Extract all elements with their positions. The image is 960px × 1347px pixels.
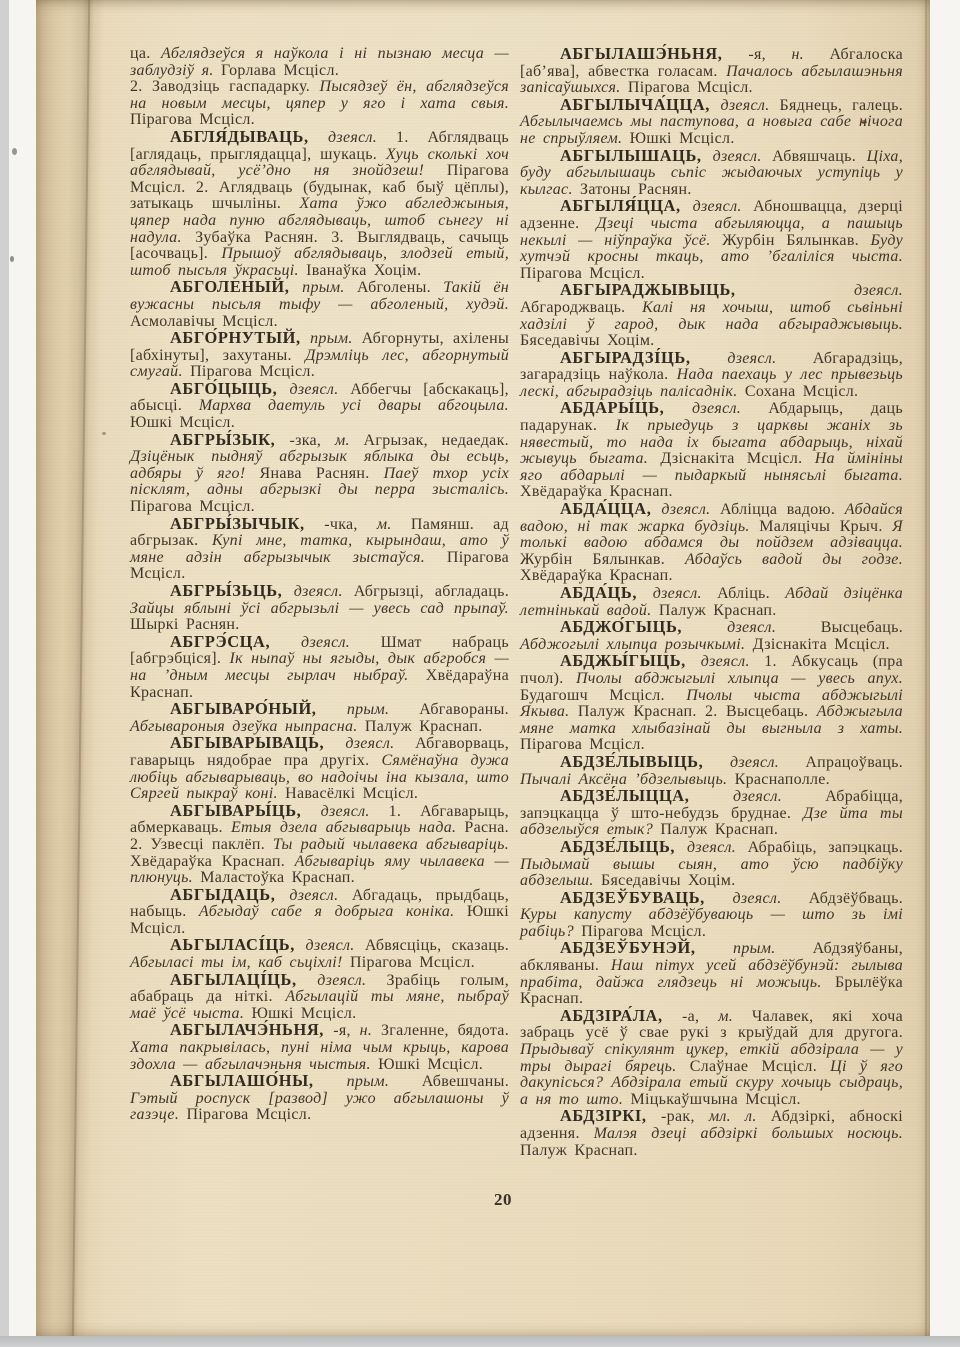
plain-text: Абгавораны. (419, 701, 509, 718)
italic-text: н. (791, 46, 829, 63)
scan-speckle (102, 432, 106, 435)
headword: АБГРЫ́ЗЫЧЫК, (170, 514, 324, 533)
italic-text: Абгыласі ты ім, каб сьціхлі! (130, 954, 350, 971)
headword: АБГЫЛАЧЭ́НЬНЯ, (170, 1020, 333, 1039)
italic-text: дзеясл. (289, 381, 350, 398)
plain-text: Журбін Бялынкав. (520, 551, 685, 568)
plain-text: Бяседавічы Хоцім. (601, 872, 736, 889)
plain-text: Пірагова Мсцісл. (190, 363, 315, 380)
dictionary-entry: АБГО́РНУТЫЙ, прым. Абгорнуты, ахілены [а… (130, 330, 509, 381)
italic-text: дзеясл. (289, 887, 352, 904)
dictionary-entry: АБГОЛЕНЫЙ, прым. Абголены. Такій ён вужа… (130, 279, 509, 330)
plain-text: Бяседавічы Хоцім. (520, 332, 655, 349)
plain-text: Слаўнае Мсцісл. (690, 1058, 830, 1075)
plain-text: Палуж Краснап. (660, 821, 778, 838)
italic-text: прым. (310, 330, 362, 347)
italic-text: дзеясл. (720, 97, 779, 114)
headword: АБДЗЕ́ЛЫВЫЦЬ, (560, 752, 730, 771)
dictionary-page: ца. Абглядзеўся я наўкола і ні пызнаю ме… (36, 0, 930, 1336)
italic-text: Пычалі Аксёна ’бдзелывыць. (520, 771, 735, 788)
italic-text: Абгыдаў сабе я добрыга коніка. (199, 903, 467, 920)
italic-text: дзеясл. (713, 148, 773, 165)
dictionary-entry: АБГРЭ́СЦА, дзеясл. Шмат набраць [абгрэбц… (130, 634, 509, 701)
dictionary-entry: АБГЫЛАЧЭ́НЬНЯ, -я, н. Згаленне, бядота. … (130, 1022, 509, 1073)
headword: АБДЗЕЎБУНЭЙ, (560, 938, 733, 957)
plain-text: Абвясціць, сказаць. (365, 937, 509, 954)
italic-text: дзеясл. (732, 890, 808, 907)
dictionary-entry: АБДЗЕЎБУВАЦЬ, дзеясл. Абдзёўбваць. Куры … (520, 890, 903, 941)
page-right-edge (925, 0, 927, 1336)
dictionary-entry: АЬГЫЛАСІ́ЦЬ, дзеясл. Абвясціць, сказаць.… (130, 937, 509, 971)
plain-text: -рак, (661, 1108, 709, 1125)
plain-text: Пірагова Мсцісл. (130, 111, 255, 128)
dictionary-entry: АБГЫЛАШЭ́НЬНЯ, -я, н. Абгалоска [аб’ява]… (520, 46, 903, 97)
headword: АБДЗІРА́ЛА, (560, 1006, 682, 1025)
italic-text: Абдаўсь вадой ды годзе. (685, 551, 903, 568)
plain-text: Апрацоўваць. (805, 754, 903, 771)
dictionary-entry: АБГЫДАЦЬ, дзеясл. Абгадаць, прыдбаць, на… (130, 887, 509, 938)
headword: АБГЫЛАШО́НЫ, (170, 1071, 347, 1090)
headword: АБГЫЛЫШАЦЬ, (560, 146, 713, 165)
italic-text: дзеясл. (294, 583, 354, 600)
italic-text: Ты радый чылавека абгываріць. (273, 836, 509, 853)
italic-text: Куры капусту абдзёўбуваюць — што зь імі … (520, 906, 903, 940)
italic-text: Зайцы яблыні ўсі абгрызьлі — увесь сад п… (130, 600, 509, 617)
dictionary-entry: АБГЫЛЫЧА́ЦЦА, дзеясл. Бяднець, галець. А… (520, 97, 903, 148)
dictionary-entry: АБГО́ЦЫЦЬ, дзеясл. Аббегчы [абскакаць], … (130, 381, 509, 432)
italic-text: дзеясл. (727, 619, 821, 636)
headword: АБГЫЛЯ́ЦЦА, (560, 196, 693, 215)
dictionary-entry: АБГЫЛАШО́НЫ, прым. Абвешчаны. Гэтый росп… (130, 1073, 509, 1124)
headword: АЬГЫЛАСІ́ЦЬ, (170, 935, 306, 954)
italic-text: н. (360, 1022, 381, 1039)
italic-text: дзеясл. (301, 634, 381, 651)
headword: АБГЫВАРЫВАЦЬ, (170, 733, 345, 752)
plain-text: 2. Заводзіць гаспадарку. (130, 78, 320, 95)
italic-text: дзеясл. (306, 937, 365, 954)
dictionary-entry: 2. Заводзіць гаспадарку. Пысядзеў ён, аб… (130, 79, 509, 129)
plain-text: Агрызак, недаедак. (363, 432, 508, 449)
italic-text: дзеясл. (854, 282, 903, 299)
plain-text: Палуж Краснап. (365, 718, 483, 735)
italic-text: Абгывароныя дзеўка ныпрасна. (130, 718, 365, 735)
italic-text: Малэя дзеці абдзіркі большых носюць. (594, 1125, 903, 1142)
headword: АБДЗЕЎБУВАЦЬ, (560, 888, 732, 907)
headword: АБГРЫ́ЗЬЦЬ, (170, 581, 294, 600)
dictionary-entry: АБДЖЫ́ГЫЦЬ, дзеясл. 1. Абкусаць (пра пчо… (520, 653, 903, 754)
plain-text: Юшкі Мсцісл. (378, 1056, 483, 1073)
dictionary-column-right: АБГЫЛАШЭ́НЬНЯ, -я, н. Абгалоска [аб’ява]… (520, 46, 903, 1159)
dictionary-entry: АБГЫВАРЫ́ЦЬ, дзеясл. 1. Абгаварыць, абме… (130, 803, 509, 887)
dictionary-entry: АБДЗІРА́ЛА, -а, м. Чалавек, які хоча заб… (520, 1008, 903, 1109)
italic-text: дзеясл. (727, 350, 812, 367)
headword: АБДЗІРКІ, (560, 1106, 661, 1125)
italic-text: м. (377, 516, 411, 533)
plain-text: -зка, (289, 432, 335, 449)
headword: АБДЗЕ́ЛЫЦЦА, (560, 786, 733, 805)
plain-text: Хвёдараўка Краснап. (130, 853, 295, 870)
plain-text: Пірагова Мсцісл. (581, 923, 706, 940)
dictionary-entry: АБГРЫ́ЗЬЦЬ, дзеясл. Абгрызці, абгладаць.… (130, 583, 509, 634)
plain-text: Абголены. (357, 279, 443, 296)
plain-text: Абліць. (717, 585, 785, 602)
headword: АБГРЭ́СЦА, (170, 632, 301, 651)
plain-text: Пірагова Мсцісл. (350, 954, 475, 971)
dictionary-entry: АБДЗЕ́ЛЫВЫЦЬ, дзеясл. Апрацоўваць. Пычал… (520, 754, 903, 788)
plain-text: Горлава Мсцісл. (221, 62, 339, 79)
plain-text: Пірагова Мсцісл. (130, 498, 255, 515)
headword: АБГЫЛАШЭ́НЬНЯ, (560, 44, 748, 63)
plain-text: Пірагова Мсцісл. (520, 736, 645, 753)
dictionary-entry: АБДЖО́ГЫЦЬ, дзеясл. Высцебаць. Абджогылі… (520, 619, 903, 653)
headword: АБДЖО́ГЫЦЬ, (560, 617, 727, 636)
plain-text: Хвёдараўка Краснап. (520, 567, 673, 584)
plain-text: Палуж Краснап. (520, 1142, 638, 1159)
italic-text: дзеясл. (730, 754, 805, 771)
dictionary-entry: АБГЫЛЯ́ЦЦА, дзеясл. Абношвацца, дзерці а… (520, 198, 903, 282)
italic-text: дзеясл. (687, 839, 748, 856)
italic-text: дзеясл. (661, 501, 720, 518)
dictionary-entry: АБГЫРАДЗІ́ЦЬ, дзеясл. Абгарадзіць, загар… (520, 350, 903, 401)
plain-text: Абліцца вадою. (720, 501, 845, 518)
plain-text: Пірагова Мсцісл. (628, 79, 753, 96)
italic-text: мл. л. (709, 1108, 771, 1125)
plain-text: Пірагова Мсцісл. (186, 1106, 311, 1123)
plain-text: ца. (130, 45, 161, 62)
headword: АБГЫВАРО́НЫЙ, (170, 699, 347, 718)
dictionary-column-left: ца. Абглядзеўся я наўкола і ні пызнаю ме… (130, 46, 509, 1124)
italic-text: прым. (302, 279, 357, 296)
plain-text: Будагошч Мсцісл. (520, 687, 686, 704)
headword: АБГЫВАРЫ́ЦЬ, (170, 801, 321, 820)
plain-text: -я, (748, 46, 791, 63)
dictionary-entry: АБДАРЫ́ЦЬ, дзеясл. Абдарыць, даць падару… (520, 400, 903, 501)
plain-text: Янава Раснян. (260, 465, 384, 482)
page-number: 20 (473, 1190, 533, 1210)
italic-text: дзеясл. (317, 972, 386, 989)
scanned-book-page: ца. Абглядзеўся я наўкола і ні пызнаю ме… (0, 0, 960, 1347)
plain-text: Журбін Бялынкав. (722, 232, 870, 249)
headword: АБГЫЛЫЧА́ЦЦА, (560, 95, 720, 114)
dictionary-entry: АБГЛЯ́ДЫВАЦЬ, дзеясл. 1. Абглядваць [агл… (130, 129, 509, 279)
headword: АБГЫДАЦЬ, (170, 885, 289, 904)
plain-text: -а, (682, 1008, 718, 1025)
plain-text: Юшкі Мсцісл. (630, 130, 735, 147)
plain-text: Навасёлкі Мсцісл. (285, 785, 418, 802)
plain-text: Іванаўка Хоцім. (306, 262, 421, 279)
plain-text: Сохана Мсцісл. (745, 383, 858, 400)
italic-text: Пчолы абджыгылі хлыпца — увесь апух. (576, 670, 903, 687)
headword: АБДАРЫ́ЦЬ, (560, 398, 692, 417)
dictionary-entry: АБДЗІРКІ, -рак, мл. л. Абдзіркі, абноскі… (520, 1108, 903, 1159)
headword: АБГО́РНУТЫЙ, (170, 328, 310, 347)
italic-text: дзеясл. (653, 585, 717, 602)
headword: АБГЫЛАЦІ́ЦЬ, (170, 970, 317, 989)
italic-text: прым. (347, 1073, 422, 1090)
plain-text: Міцькаўшчына Мсцісл. (630, 1091, 800, 1108)
headword: АБГЛЯ́ДЫВАЦЬ, (170, 127, 328, 146)
headword: АБГО́ЦЫЦЬ, (170, 379, 289, 398)
italic-text: дзеясл. (701, 653, 765, 670)
dictionary-entry: ца. Абглядзеўся я наўкола і ні пызнаю ме… (130, 46, 509, 79)
headword: АБДА́ЦЦА, (560, 499, 661, 518)
scan-background-left-strip (0, 0, 9, 1347)
plain-text: -чка, (324, 516, 377, 533)
headword: АБДЖЫ́ГЫЦЬ, (560, 651, 701, 670)
dictionary-entry: АБГЫВАРЫВАЦЬ, дзеясл. Абгаворваць, гавар… (130, 735, 509, 802)
italic-text: дзеясл. (693, 198, 754, 215)
italic-text: дзеясл. (692, 400, 768, 417)
headword: АБГРЫ́ЗЫК, (170, 430, 289, 449)
italic-text: прым. (347, 701, 419, 718)
scan-speckle (12, 148, 17, 155)
italic-text: прым. (733, 940, 813, 957)
plain-text: Абвешчаны. (422, 1073, 509, 1090)
dictionary-entry: АБДА́ЦЬ, дзеясл. Абліць. Абдай дзіцёнка … (520, 585, 903, 619)
dictionary-entry: АБГЫВАРО́НЫЙ, прым. Абгавораны. Абгываро… (130, 701, 509, 735)
plain-text: Абгрызці, абгладаць. (354, 583, 509, 600)
headword: АБГОЛЕНЫЙ, (170, 277, 302, 296)
headword: АБДА́ЦЬ, (560, 583, 653, 602)
italic-text: дзеясл. (345, 735, 415, 752)
italic-text: Мархва даетуль усі двары абгоцыла. (199, 397, 509, 414)
dictionary-entry: АБГРЫ́ЗЫК, -зка, м. Агрызак, недаедак. Д… (130, 432, 509, 516)
dictionary-entry: АБГЫЛАЦІ́ЦЬ, дзеясл. Зрабіць голым, абаб… (130, 972, 509, 1023)
plain-text: Палуж Краснап. 2. Высцебаць. (578, 703, 817, 720)
plain-text: Дзіснакіта Мсцісл. (753, 636, 890, 653)
headword: АБГЫРАДЗІ́ЦЬ, (560, 348, 727, 367)
italic-text: дзеясл. (321, 803, 389, 820)
italic-text: дзеясл. (733, 788, 825, 805)
plain-text: Хвёдараўка Краснап. (520, 483, 673, 500)
dictionary-entry: АБГРЫ́ЗЫЧЫК, -чка, м. Памянш. ад абгрыза… (130, 516, 509, 583)
plain-text: Згаленне, бядота. (381, 1022, 509, 1039)
italic-text: м. (335, 432, 364, 449)
plain-text: Пірагова Мсцісл. (520, 265, 645, 282)
dictionary-entry: АБГЫРАДЖЫВЫЦЬ, дзеясл. Абгароджваць. Кал… (520, 282, 903, 349)
headword: АБГЫРАДЖЫВЫЦЬ, (560, 280, 854, 299)
plain-text: Дзіснакіта Мсцісл. (660, 450, 814, 467)
headword: АБДЗЕ́ЛЫЦЬ, (560, 837, 687, 856)
plain-text: Краснаполле. (735, 771, 830, 788)
italic-text: м. (718, 1008, 752, 1025)
italic-text: Етыя дзела абгыварыць нада. (231, 819, 464, 836)
dictionary-entry: АБГЫЛЫШАЦЬ, дзеясл. Абвяшчаць. Ціха, буд… (520, 148, 903, 199)
scan-background-bottom-strip (0, 1336, 960, 1347)
dictionary-entry: АБДЗЕ́ЛЫЦЬ, дзеясл. Абрабіць, запэцкаць.… (520, 839, 903, 890)
plain-text: Высцебаць. (821, 619, 903, 636)
plain-text: Маляцічы Крыч. (759, 518, 892, 535)
plain-text: Абгароджваць. (520, 299, 642, 316)
dictionary-entry: АБДЗЕ́ЛЫЦЦА, дзеясл. Абрабіцца, запэцкац… (520, 788, 903, 839)
dictionary-entry: АБДА́ЦЦА, дзеясл. Абліцца вадою. Абдайся… (520, 501, 903, 585)
scan-speckle (10, 256, 14, 262)
dictionary-entry: АБДЗЕЎБУНЭЙ, прым. Абдзяўбаны, абкляваны… (520, 940, 903, 1007)
plain-text: Абрабіць, запэцкаць. (748, 839, 903, 856)
plain-text: Абдзёўбваць. (809, 890, 903, 907)
plain-text: Бяднець, галець. (780, 97, 904, 114)
plain-text: Абвяшчаць. (772, 148, 866, 165)
plain-text: Асмолавічы Мсцісл. (130, 313, 278, 330)
italic-text: дзеясл. (328, 129, 396, 146)
plain-text: -я, (333, 1022, 359, 1039)
plain-text: Шыркі Раснян. (130, 616, 240, 633)
plain-text: Юшкі Мсцісл. (130, 414, 235, 431)
plain-text: Маластоўка Краснап. (200, 869, 355, 886)
